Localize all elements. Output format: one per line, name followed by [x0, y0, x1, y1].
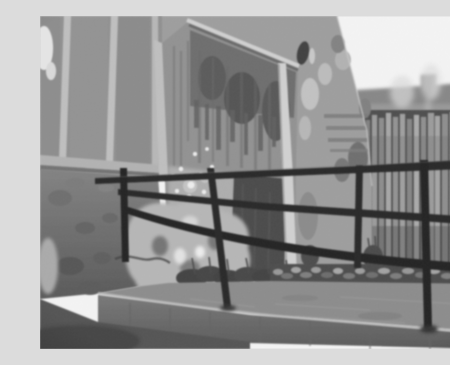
photo-canvas: [40, 16, 450, 349]
photograph: [40, 16, 450, 349]
film-grain: [40, 16, 450, 349]
